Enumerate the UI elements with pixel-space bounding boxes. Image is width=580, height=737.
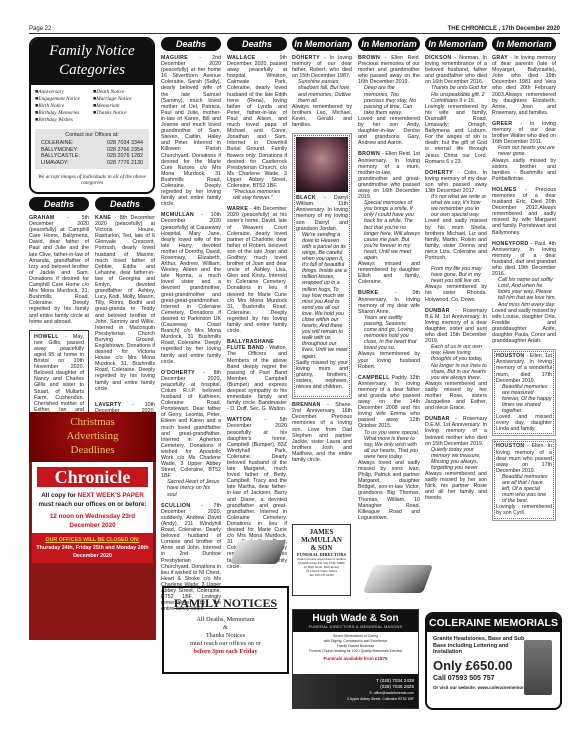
section-heading-memoriam: In Memoriam	[492, 37, 556, 51]
office-row: LIMAVADY:028 7776 2130	[41, 160, 143, 167]
memoriam-rhonda: From my life you may have gone, But in m…	[425, 266, 487, 303]
memoriam-dunbar-2: DUNBAR - Rosemary D.E.M. 1st Anniversary…	[425, 416, 487, 501]
jmc-supervision: Under personal supervision of Andrew McM…	[293, 557, 350, 565]
category-item: Marriage Notice	[93, 96, 149, 102]
hw-body: Seven Generations of Caringwith Dignity,…	[293, 632, 418, 656]
notice-warke: WARKE - 4th December 2020 (peacefully) a…	[227, 206, 287, 334]
hw-funerals-price: Funerals available from £1875	[293, 656, 418, 661]
memoriam-houston-1: HOUSTON - Ellen. 1st Anniversary. In lov…	[492, 349, 556, 436]
memoriam-holmes: HOLMES - Precious memories of a dear hus…	[492, 187, 556, 236]
section-heading-memoriam: In Memoriam	[425, 37, 487, 51]
copy-text: All copy for NEXT WEEK'S PAPER must reac…	[35, 491, 150, 509]
closure-notice: OUR OFFICES WILL BE CLOSED ON:Thursday 2…	[32, 533, 153, 563]
bible-icon	[230, 540, 287, 564]
memoriam-campbell: CAMPBELL Paddy. 12th Anniversary. In lov…	[358, 375, 420, 521]
section-heading-memoriam: In Memoriam	[358, 37, 420, 51]
categories-title: Family NoticeCategories	[31, 39, 153, 85]
category-item: Engagement Notice	[35, 96, 91, 102]
office-phone: 028 7776 2130	[107, 160, 143, 167]
memoriam-burke: BURKE - 9th Anniversary. In loving memor…	[358, 290, 420, 369]
category-item: Thanks Notice	[93, 110, 149, 116]
memoriam-brown-1: BROWN - Ellen Reid. Precious memories of…	[358, 55, 420, 146]
hw-contact: T (028) 7034 2438(028) 7035 2825E: offic…	[293, 674, 418, 708]
section-heading-deaths: Deaths	[29, 197, 89, 211]
category-item: Birth Notice	[35, 103, 91, 109]
family-notices-ad: FAMILY NOTICES All Deaths, Memoriam&Than…	[162, 586, 289, 674]
memorial-photo	[296, 137, 348, 192]
jmc-sub: & SON	[293, 544, 350, 552]
notice-kane: KANE - 8th December 2020 (peacefully) at…	[95, 215, 155, 392]
office-contacts: Contact our Offices at: COLERAINE:028 70…	[35, 129, 149, 169]
christmas-deadlines-ad: ChristmasAdvertisingDeadlines Chronicle …	[29, 412, 156, 640]
section-heading-memoriam: In Memoriam	[292, 37, 352, 51]
memoriam-dickson: DICKSON - Norman. In loving remembrance …	[425, 55, 487, 165]
category-item: Memoriam	[93, 103, 149, 109]
paper-dateline: THE CHRONICLE , 17th December 2020	[448, 26, 560, 32]
title-line-2: Categories	[31, 61, 153, 80]
section-heading-deaths: Deaths	[227, 37, 287, 51]
memoriam-dunbar-1: DUNBAR - Rosemary B.E.M. 1st Anniversary…	[425, 308, 487, 412]
notice-ballyrashane-band: BALLYRASHANE FLUTE BAND - Walton. The Of…	[227, 339, 287, 412]
images-note: We accept images of individuals in all o…	[31, 171, 153, 189]
category-item: Anniversary	[35, 89, 91, 95]
category-list: Anniversary Death Notice Engagement Noti…	[31, 85, 153, 127]
memoriam-greer: GREER - In loving memory of our dear bro…	[492, 121, 556, 182]
jmc-title: JAMES McMULLAN	[293, 528, 350, 544]
coleraine-memorials-ad: COLERAINE MEMORIALS Granite Headstones, …	[425, 612, 562, 710]
deadline-date: 12 noon on Wednesday 23rd December 2020	[35, 512, 150, 530]
memoriam-brennan: BRENNAN - Shane. 2nd Anniversary, 16th D…	[292, 402, 352, 463]
memoriam-column-4: In Memoriam GRAY - In loving memory of d…	[492, 37, 556, 521]
family-notices-body: All Deaths, Memoriam&Thanks Noticesmust …	[164, 616, 287, 656]
james-mcmullan-ad: JAMES McMULLAN & SON FUNERAL DIRECTORS U…	[292, 524, 351, 596]
deaths-column-4: Deaths WALLACE - 9th December, 2020, pas…	[227, 37, 287, 575]
section-heading-deaths: Deaths	[161, 37, 221, 51]
notice-odoherty: O'DOHERTY - 8th December 2020, peacefull…	[161, 370, 221, 498]
hugh-wade-ad: Hugh Wade & Son FUNERAL DIRECTORS & MEMO…	[292, 609, 419, 709]
chronicle-logo: Chronicle	[37, 467, 148, 487]
category-item: Birthday Memories	[35, 110, 91, 116]
memoriam-black: BLACK - Darryl William. 11th Anniversary…	[296, 195, 348, 390]
christmas-banner: ChristmasAdvertisingDeadlines	[29, 412, 156, 462]
bible-icon	[363, 565, 433, 593]
page-number: Page 22	[29, 26, 51, 32]
notice-maguire: MAGUIRE - 2nd December 2020 (peacefully)…	[161, 55, 221, 207]
memoriam-doherty: DOHERTY - In loving memory of our dear f…	[292, 55, 352, 128]
memoriam-honeyford: HONEYFORD - Paul. 4th Anniversary. In lo…	[492, 241, 556, 345]
deaths-column-3: Deaths MAGUIRE - 2nd December 2020 (peac…	[161, 37, 221, 617]
office-town: LIMAVADY:	[41, 160, 69, 167]
contact-title: Contact our Offices at:	[41, 132, 143, 138]
memoriam-column-2: In Memoriam BROWN - Ellen Reid. Precious…	[358, 37, 420, 526]
copy-deadline-block: Chronicle All copy for NEXT WEEK'S PAPER…	[32, 462, 153, 533]
cm-title: COLERAINE MEMORIALS	[427, 614, 560, 632]
memoriam-houston-2: HOUSTON - Ellen. In loving memory of a d…	[492, 439, 556, 520]
section-heading-deaths: Deaths	[95, 197, 155, 211]
notice-graham: GRAHAM - 5th December 2020 (peacefully) …	[29, 215, 89, 325]
category-item: Birthday Wishes	[35, 117, 91, 123]
memoriam-column-3: In Memoriam DICKSON - Norman. In loving …	[425, 37, 487, 507]
cm-body: Granite Headstones, Base and Sub Base in…	[427, 632, 560, 694]
notice-mcmullan: MCMULLAN - 10th December 2020 (peacefull…	[161, 212, 221, 364]
header-rule	[29, 33, 560, 34]
title-line-1: Family Notice	[31, 42, 153, 61]
jmc-tel: Tel: 028 276 62265	[293, 573, 350, 577]
memoriam-gray: GRAY - In loving memory of dear parents …	[492, 55, 556, 116]
category-item: Death Notice	[93, 89, 149, 95]
hw-title: Hugh Wade & Son	[293, 610, 418, 624]
memoriam-brown-2: BROWN - Ellen Reid. 1st Anniversary. In …	[358, 151, 420, 285]
memoriam-photo-frame: BLACK - Darryl William. 11th Anniversary…	[292, 133, 352, 399]
memoriam-doherty-colin: DOHERTY - Colin. In loving memory of my …	[425, 170, 487, 261]
family-notices-title: FAMILY NOTICES	[164, 596, 287, 611]
headstone-image	[524, 640, 552, 695]
notice-wallace: WALLACE - 9th December, 2020, passed awa…	[227, 55, 287, 201]
hw-subtitle: FUNERAL DIRECTORS & MEMORIAL MASONS	[293, 624, 418, 632]
family-notice-categories-box: Family NoticeCategories Anniversary Deat…	[29, 37, 155, 194]
memoriam-column-1: In Memoriam DOHERTY - In loving memory o…	[292, 37, 352, 468]
cm-description: Granite Headstones, Base and Sub Base in…	[433, 636, 528, 656]
